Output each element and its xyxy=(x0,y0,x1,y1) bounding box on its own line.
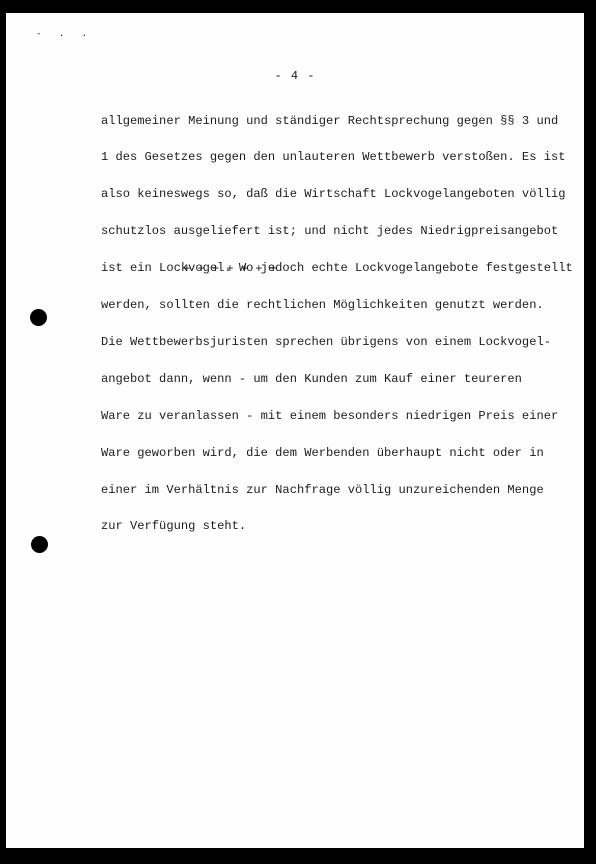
text-line: angebot dann, wenn - um den Kunden zum K… xyxy=(101,373,573,385)
text-line: Ware geworben wird, die dem Werbenden üb… xyxy=(101,447,573,459)
text-line: Die Wettbewerbsjuristen sprechen übrigen… xyxy=(101,336,573,348)
document-page: - . . - 4 - allgemeiner Meinung und stän… xyxy=(6,13,584,848)
page-number: - 4 - xyxy=(6,69,584,83)
text-line: zur Verfügung steht. xyxy=(101,520,573,532)
text-line: schutzlos ausgeliefert ist; und nicht je… xyxy=(101,225,573,237)
text-line: 1 des Gesetzes gegen den unlauteren Wett… xyxy=(101,151,573,163)
punch-hole xyxy=(31,536,48,553)
text-line: Ware zu veranlassen - mit einem besonder… xyxy=(101,410,573,422)
corner-mark: - . . xyxy=(36,29,93,39)
text-line: also keineswegs so, daß die Wirtschaft L… xyxy=(101,188,573,200)
body-paragraph: allgemeiner Meinung und ständiger Rechts… xyxy=(101,90,573,557)
text-line: werden, sollten die rechtlichen Möglichk… xyxy=(101,299,573,311)
section-separator: + + + + + + + xyxy=(6,262,584,276)
text-line: allgemeiner Meinung und ständiger Rechts… xyxy=(101,115,573,127)
text-line: einer im Verhältnis zur Nachfrage völlig… xyxy=(101,484,573,496)
punch-hole xyxy=(30,309,47,326)
